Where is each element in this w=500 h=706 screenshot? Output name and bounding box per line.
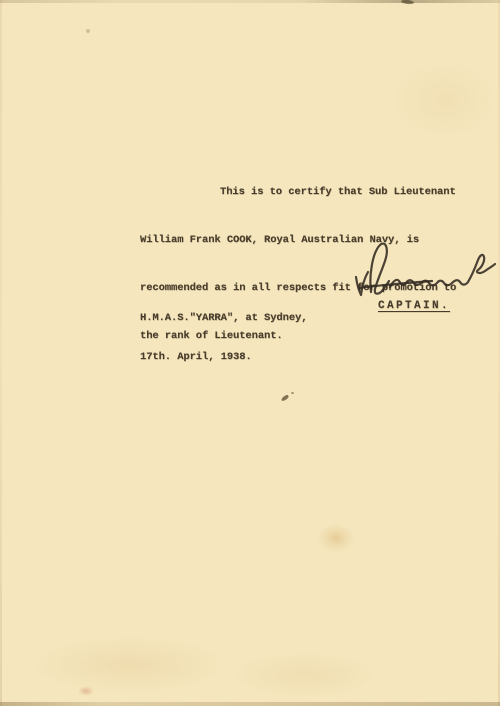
date-line: 17th. April, 1938. (140, 350, 307, 365)
signature-title: CAPTAIN. (378, 298, 450, 314)
ink-speck-dot (291, 392, 294, 394)
document-page: This is to certify that Sub Lieutenant W… (0, 0, 500, 706)
scan-edge-top (0, 0, 500, 3)
edge-speck (401, 0, 414, 5)
bottom-stain (78, 686, 94, 696)
paper-mottling (230, 652, 380, 698)
ink-speck (281, 394, 290, 401)
paragraph-line-1: This is to certify that Sub Lieutenant (140, 180, 456, 204)
ship-line: H.M.A.S."YARRA", at Sydney, (140, 311, 307, 326)
scan-edge-left (0, 0, 2, 706)
paper-freckle (86, 29, 90, 33)
handwritten-signature-icon (348, 237, 498, 307)
paper-mottling (30, 636, 230, 694)
foxing-stain (318, 524, 354, 552)
paper-mottling (390, 60, 500, 140)
ship-dateline: H.M.A.S."YARRA", at Sydney, 17th. April,… (140, 287, 307, 388)
scan-edge-bottom (0, 702, 500, 706)
